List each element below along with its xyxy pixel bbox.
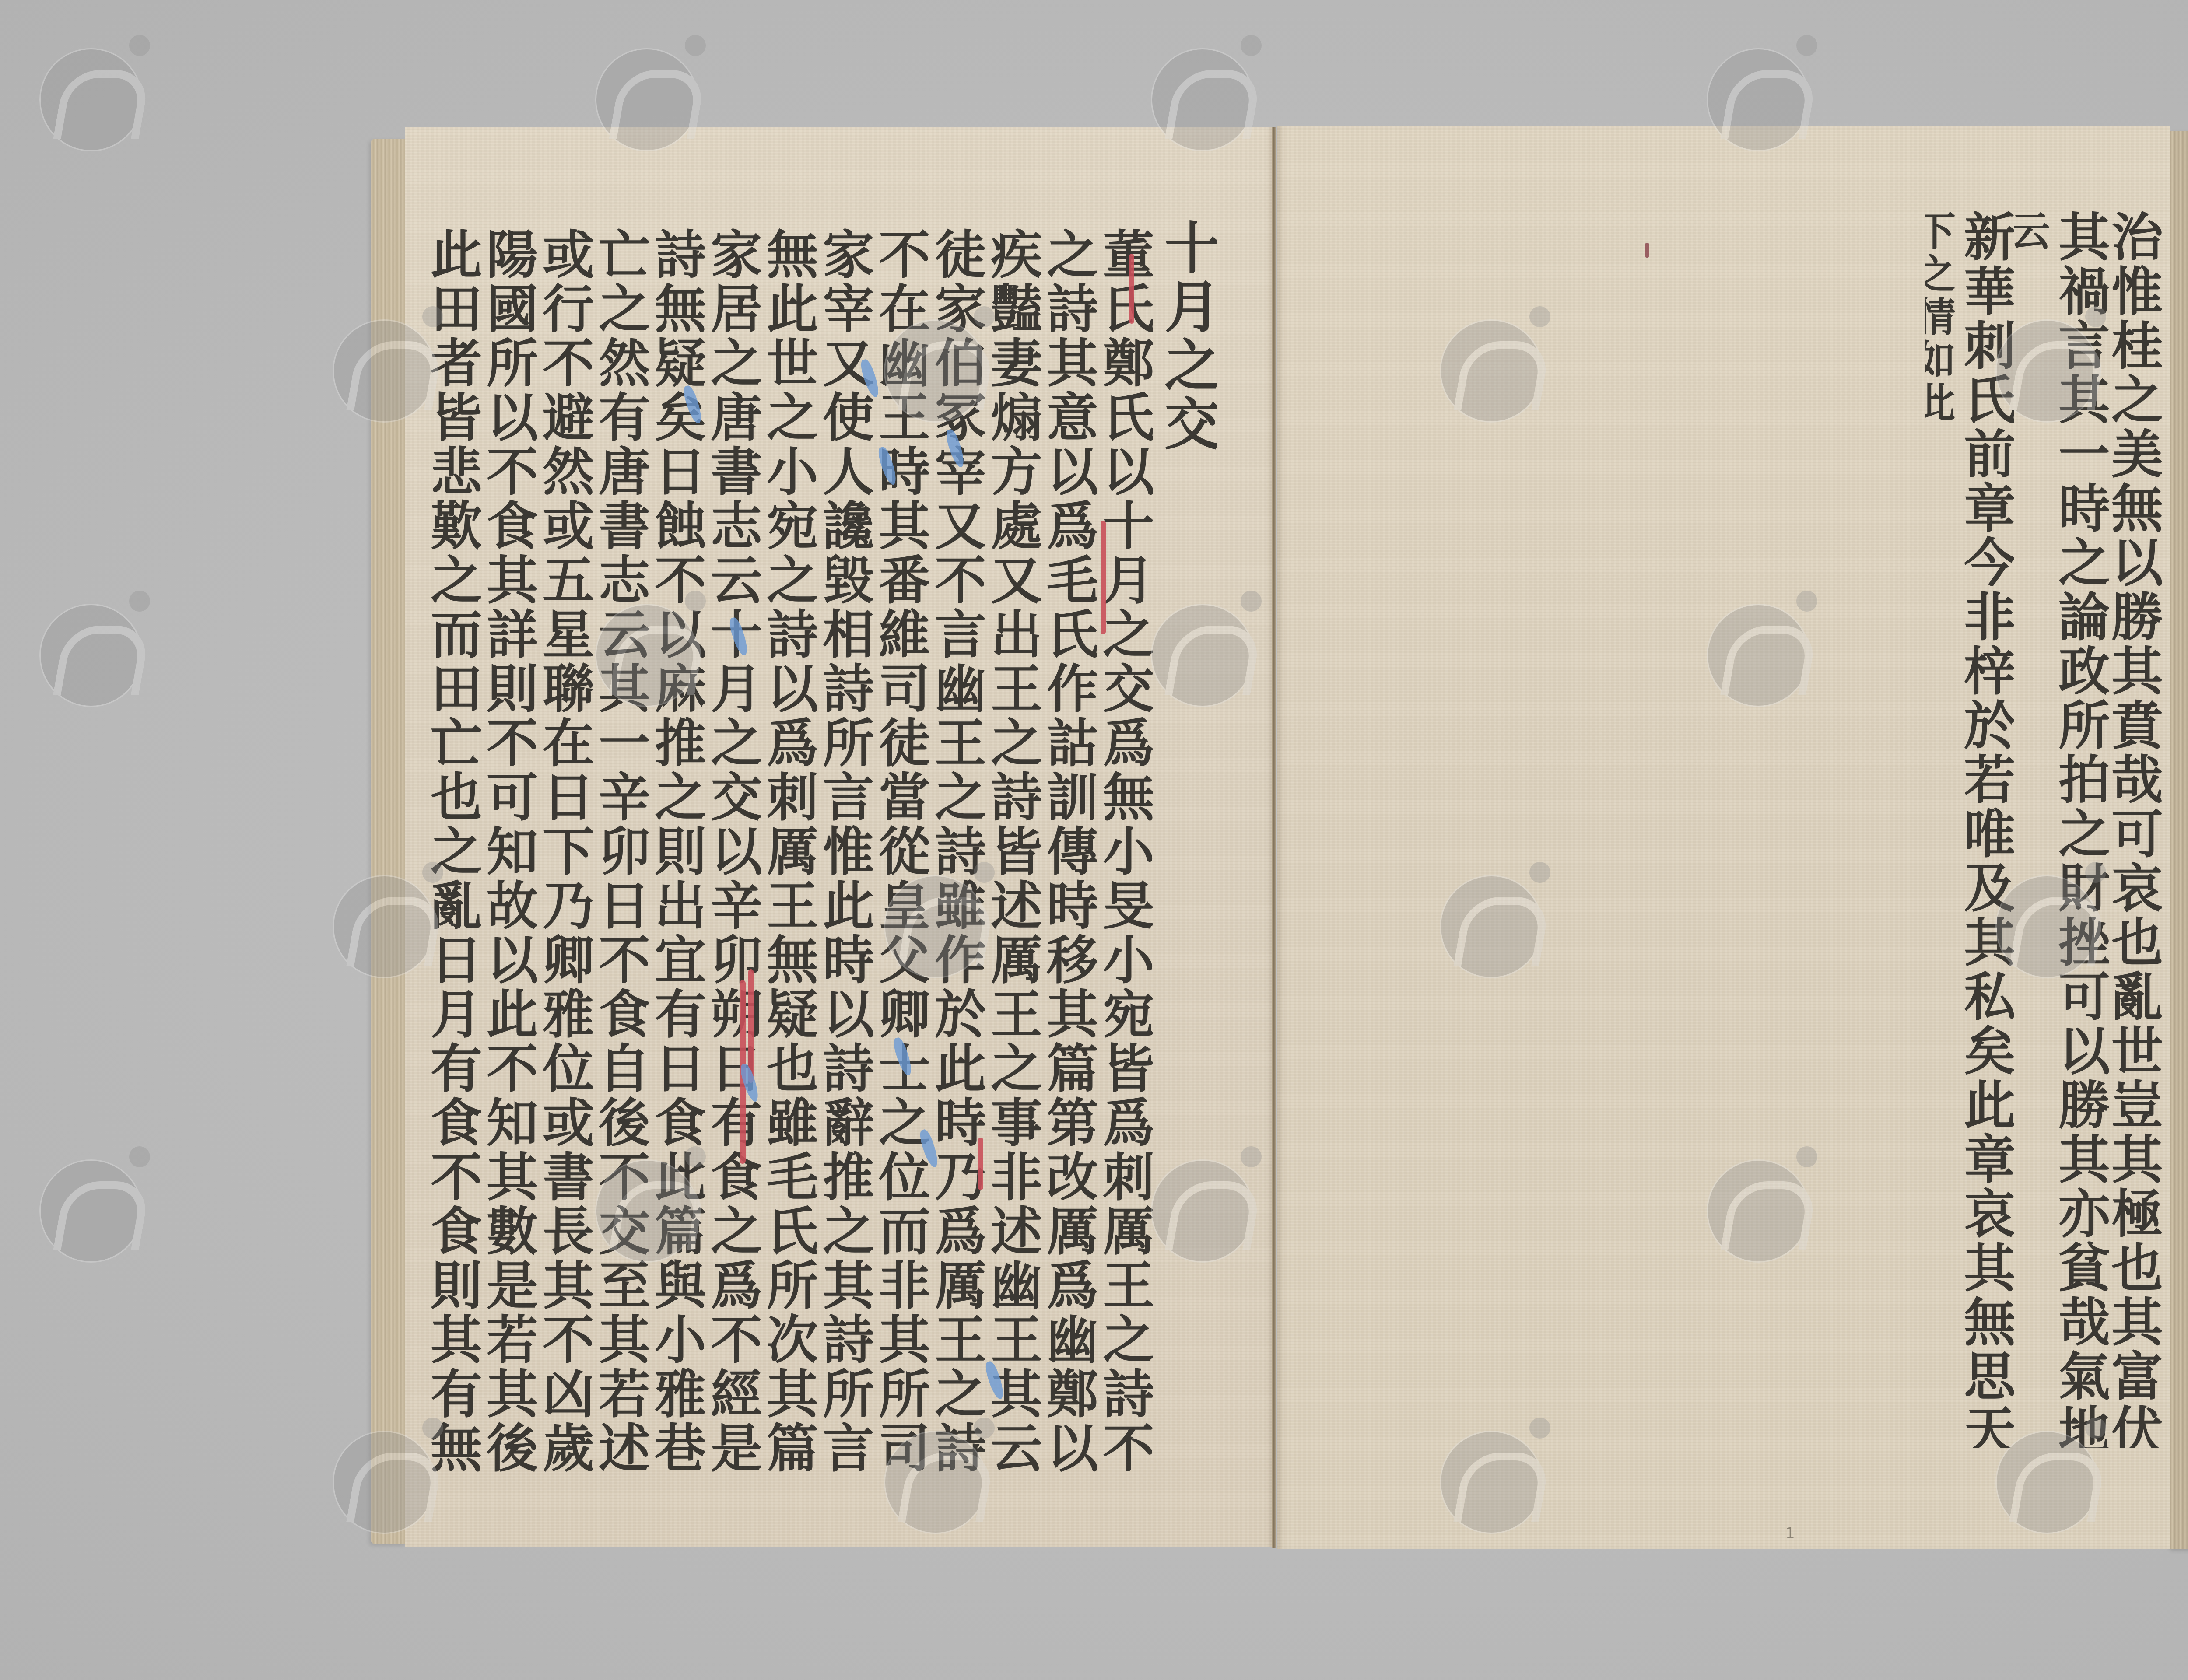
text-column: 之詩其意以爲毛氏作詁訓傳時移其篇第改厲爲幽鄭以此世所尊 — [1041, 227, 1097, 1474]
text-column: 家宰又使人讒毀相詩所言惟此時以詩辭推之其詩所言幽王之事 — [817, 227, 873, 1474]
left-page-text: 董氏鄭氏以十月之交爲無小旻小宛皆爲刺厲王之詩不知爲刺幽王 之詩其意以爲毛氏作詁訓… — [409, 227, 1153, 1474]
red-annotation-mark — [1101, 521, 1106, 634]
text-column: 徒家伯冢宰又不言幽王之詩雖作於此時乃爲厲王之詩其又爲司 — [929, 227, 985, 1474]
text-column: 或行不避然或五星聯在日下乃卿雅位或書長其不凶歲 — [537, 227, 593, 1474]
text-column: 陽國所以不食其詳則不可知故以此不知其數是若其後 — [481, 227, 537, 1474]
left-page-stack-edge — [371, 139, 407, 1543]
text-column: 其禍言其一時之論政所拍之財挫可以勝其亦貧哉氣地不能堪也 — [2056, 210, 2109, 1448]
ink-spot — [1645, 243, 1649, 258]
text-column: 無此世之小宛之詩以爲刺厲王無疑也雖毛氏所次其篇第爲然 — [761, 227, 817, 1474]
text-column: 疾豔妻煽方處又出王之詩皆述厲王之事非述幽王其云番維司 — [985, 227, 1041, 1474]
text-column: 此田者皆悲歎之而田亡也之亂日月有食不食則其有無世方宜 — [425, 227, 481, 1474]
right-page-stack-edge — [2168, 131, 2188, 1549]
heading-text: 十月之交 — [1155, 219, 1217, 569]
text-column: 家居之唐書志云十月之交以辛卯朔日有食之爲不經是其年則 — [705, 227, 761, 1474]
page-mark: 1 — [1785, 1525, 1795, 1542]
text-column: 董氏鄭氏以十月之交爲無小旻小宛皆爲刺厲王之詩不知爲刺幽王 — [1097, 227, 1153, 1474]
red-annotation-mark — [978, 1137, 983, 1190]
text-column: 治惟桂之美無以勝其賁哉可哀也亂世豈其極也其富伏甚 — [2109, 210, 2162, 1448]
book-gutter — [1272, 127, 1276, 1548]
text-column: 不在幽王時其番維司徒當從皇父卿士之位而非其所司徒之職也 — [873, 227, 929, 1474]
text-column: 云 — [2014, 210, 2056, 297]
left-page-heading: 十月之交 — [1155, 219, 1217, 569]
text-column: 亡之然有唐書志云其一辛卯日不食自後不交至其若述至末 — [593, 227, 649, 1474]
text-column: 新華刺氏前章今非梓於若唯及其私矣此章哀其無思天 — [1961, 210, 2014, 1448]
text-column: 下之情如此 — [1925, 210, 1961, 604]
open-book: 十月之交 董氏鄭氏以十月之交爲無小旻小宛皆爲刺厲王之詩不知爲刺幽王 之詩其意以爲… — [0, 0, 2188, 1680]
right-page-text: 治惟桂之美無以勝其賁哉可哀也亂世豈其極也其富伏甚 其禍言其一時之論政所拍之財挫可… — [1925, 210, 2162, 1448]
red-annotation-mark — [748, 969, 754, 1083]
red-annotation-mark — [1129, 254, 1134, 324]
